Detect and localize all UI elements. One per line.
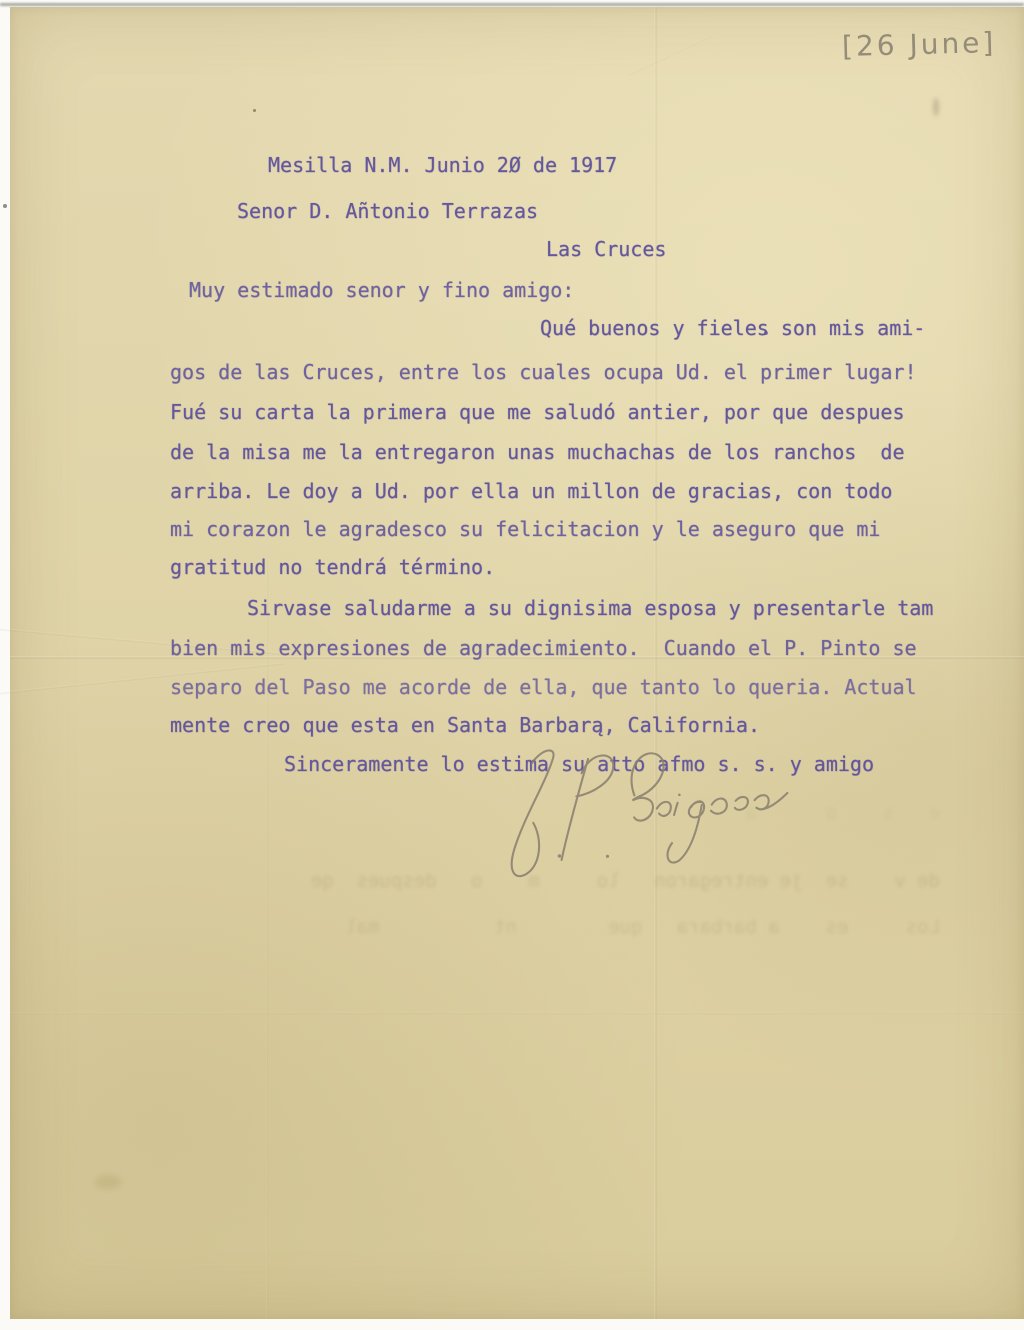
body-line: Fué su carta la primera que me saludó an… (170, 400, 905, 424)
pencil-smudge (933, 98, 939, 116)
body-line: mi corazon le agradesco su felicitacion … (170, 517, 880, 541)
body-line: de la misa me la entregaron unas muchach… (170, 440, 905, 464)
bleed-through-line: de v se je entregaron lo m o despues qe (165, 870, 940, 892)
bleed-through-line: Los es a barbara que nt mal (165, 916, 940, 938)
body-line: mente creo que esta en Santa Barbarą, Ca… (170, 713, 760, 737)
body-line: Sirvase saludarme a su dignisima esposa … (247, 596, 933, 620)
scanned-letter-page: [26 June] Mesilla N.M. Junio 2Ø de 1917 … (0, 0, 1024, 1330)
body-line: arriba. Le doy a Ud. por ella un millon … (170, 479, 892, 503)
dateline: Mesilla N.M. Junio 2Ø de 1917 (268, 153, 617, 177)
body-line: Qué buenos y fieles son mis ami- (540, 316, 925, 340)
pencil-date-annotation: [26 June] (842, 26, 997, 63)
body-line: gos de las Cruces, entre los cuales ocup… (170, 360, 917, 384)
salutation-line: Muy estimado senor y fino amigo: (189, 278, 574, 302)
paper-stain (95, 1175, 121, 1189)
bleed-through-line: e s o a (165, 802, 940, 824)
paper-speck (253, 109, 256, 112)
scan-edge (0, 3, 1024, 6)
body-line: separo del Paso me acorde de ella, que t… (170, 675, 917, 699)
body-line: bien mis expresiones de agradecimiento. … (170, 636, 917, 660)
addressee-city-line: Las Cruces (546, 237, 666, 261)
body-line: gratitud no tendrá término. (170, 555, 495, 579)
paper-speck (3, 204, 7, 208)
addressee-line: Senor D. Añtonio Terrazas (237, 199, 538, 223)
